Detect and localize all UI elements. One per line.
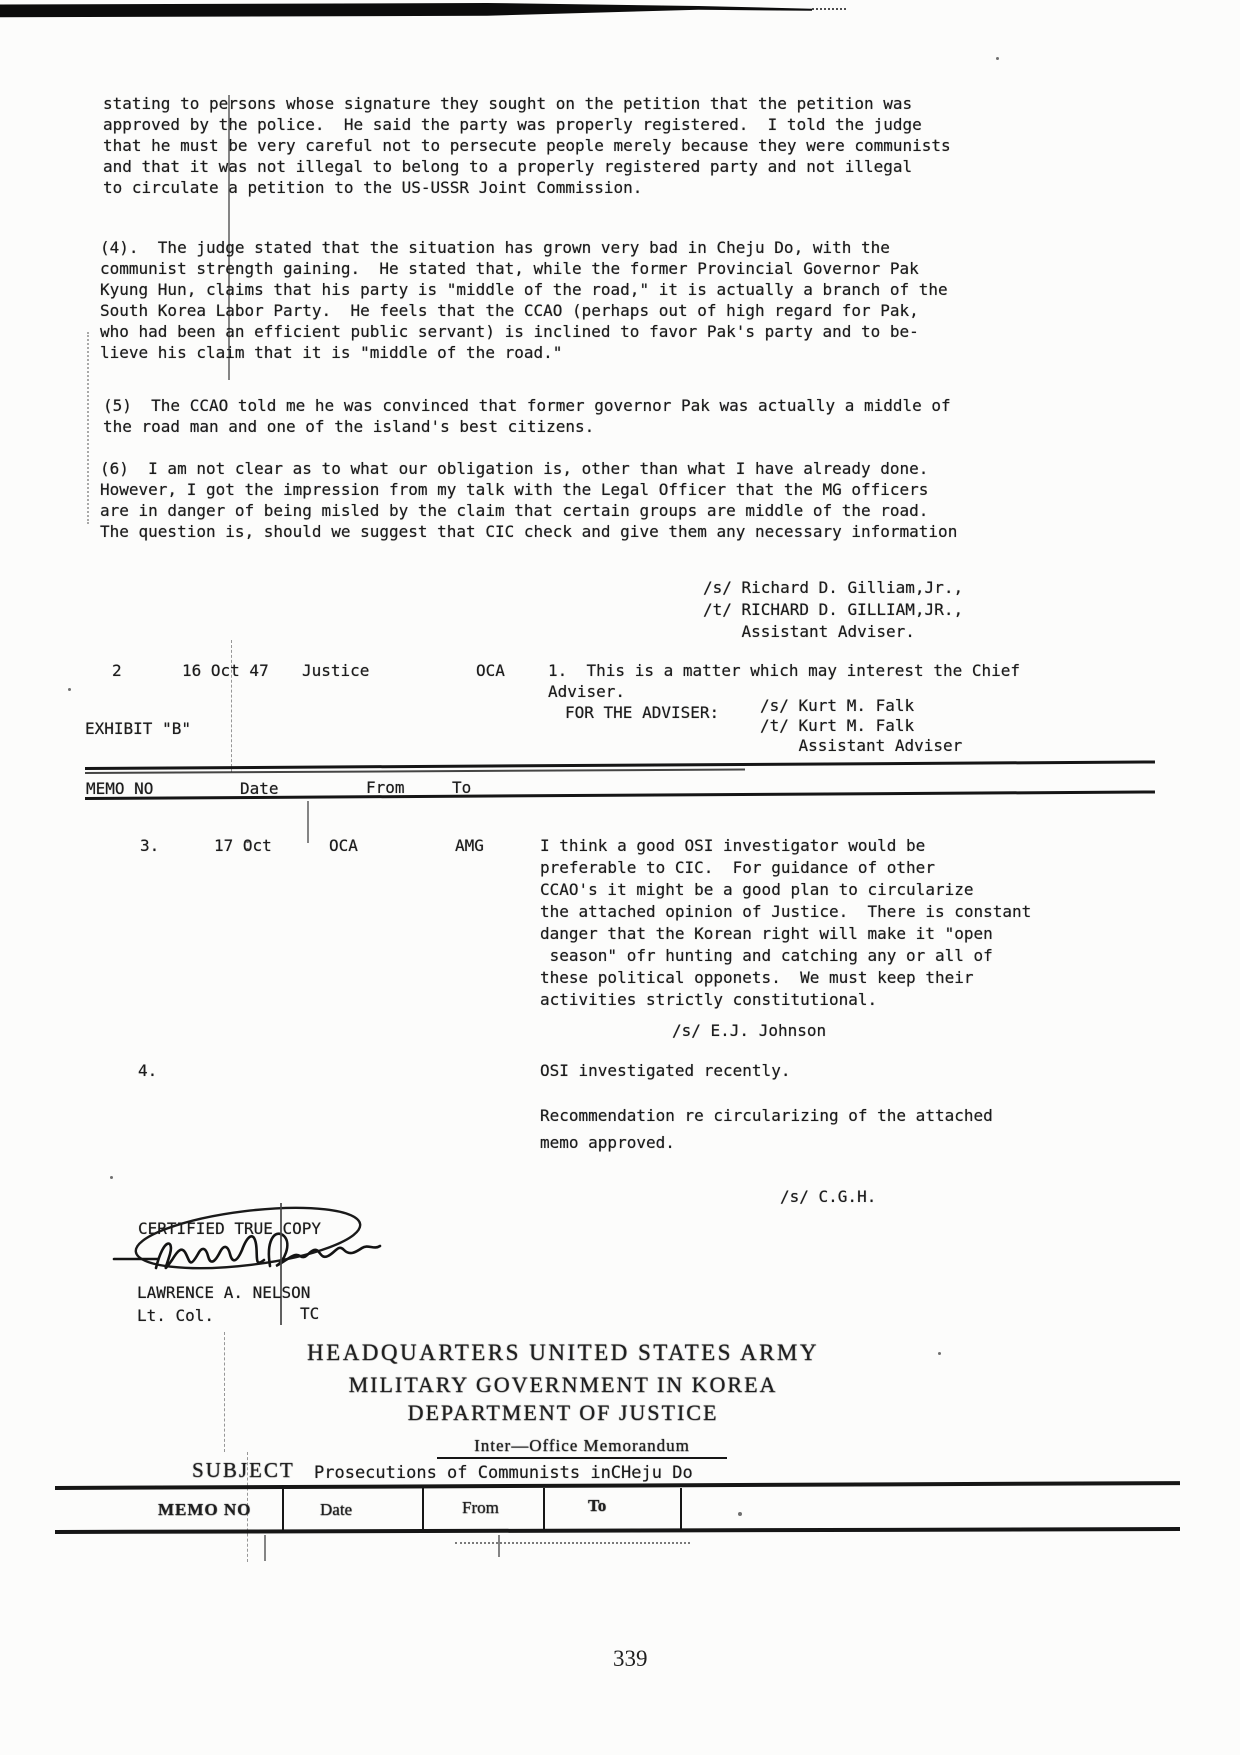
ink-speck [996,57,999,60]
memo-paragraph-5: (5) The CCAO told me he was convinced th… [103,395,951,437]
fold-line [307,801,309,843]
gilliam-signature-block: /s/ Richard D. Gilliam,Jr., /t/ RICHARD … [703,577,963,643]
memo3-text: I think a good OSI investigator would be… [540,835,1031,1011]
certifier-rank: Lt. Col. [137,1305,214,1326]
column-separator [543,1488,545,1532]
memo-type-underline [437,1457,727,1459]
certifier-branch: TC [300,1303,319,1324]
memo3-from: OCA [329,835,358,856]
memo2-number: 2 [112,660,122,681]
bottom-header-date: Date [320,1500,352,1520]
memo4-number: 4. [138,1060,157,1081]
scan-edge-bar-tail [812,8,846,10]
memo-paragraph-continuation: stating to persons whose signature they … [103,93,951,198]
ink-speck [246,840,249,843]
column-separator [282,1488,284,1532]
memo2-to: OCA [476,660,505,681]
cgh-signature: /s/ C.G.H. [780,1186,876,1207]
fold-line [224,1332,225,1452]
bottom-header-memo-no: MEMO NO [158,1500,251,1520]
exhibit-b-label: EXHIBIT "B" [85,718,191,739]
memo3-number: 3. [140,835,159,856]
fold-line [498,1535,500,1557]
for-the-adviser-label: FOR THE ADVISER: [565,702,719,723]
memo3-date: 17 Oct [214,835,272,856]
memo2-from: Justice [302,660,369,681]
ink-speck [938,1352,941,1355]
fold-line [264,1535,266,1561]
memo2-date: 16 Oct 47 [182,660,269,681]
fold-line [280,1203,282,1325]
bottom-header-from: From [462,1498,499,1518]
falk-signature-block: /s/ Kurt M. Falk /t/ Kurt M. Falk Assist… [760,696,962,756]
letterhead-line-2: MILITARY GOVERNMENT IN KOREA [238,1372,888,1398]
certifier-name: LAWRENCE A. NELSON [137,1282,310,1303]
subject-label: SUBJECT [192,1458,295,1483]
handwritten-signature [112,1222,392,1288]
margin-dotted-line [87,332,89,524]
memo-type-heading: Inter—Office Memorandum [437,1436,727,1456]
bottom-header-to: To [588,1496,606,1516]
letterhead-line-1: HEADQUARTERS UNITED STATES ARMY [238,1340,888,1366]
scan-edge-bar [0,3,812,18]
ink-speck [246,848,249,851]
memo-paragraph-6: (6) I am not clear as to what our obliga… [100,458,957,542]
column-separator [422,1488,424,1532]
ink-speck [68,688,71,691]
memo3-to: AMG [455,835,484,856]
memo-paragraph-4: (4). The judge stated that the situation… [100,237,948,363]
johnson-signature: /s/ E.J. Johnson [672,1020,826,1041]
scanned-memo-page: stating to persons whose signature they … [0,0,1240,1755]
ink-speck [110,1176,113,1179]
bottom-table-rule-bottom [55,1527,1180,1534]
memo4-text-1: OSI investigated recently. [540,1060,790,1081]
memo4-text-2: Recommendation re circularizing of the a… [540,1102,993,1156]
page-number: 339 [613,1646,648,1672]
column-separator [680,1488,682,1532]
ink-speck [738,1512,742,1516]
dotted-row-line [455,1542,690,1544]
letterhead-line-3: DEPARTMENT OF JUSTICE [238,1400,888,1426]
subject-value: Prosecutions of Communists inCHeju Do [314,1463,693,1484]
